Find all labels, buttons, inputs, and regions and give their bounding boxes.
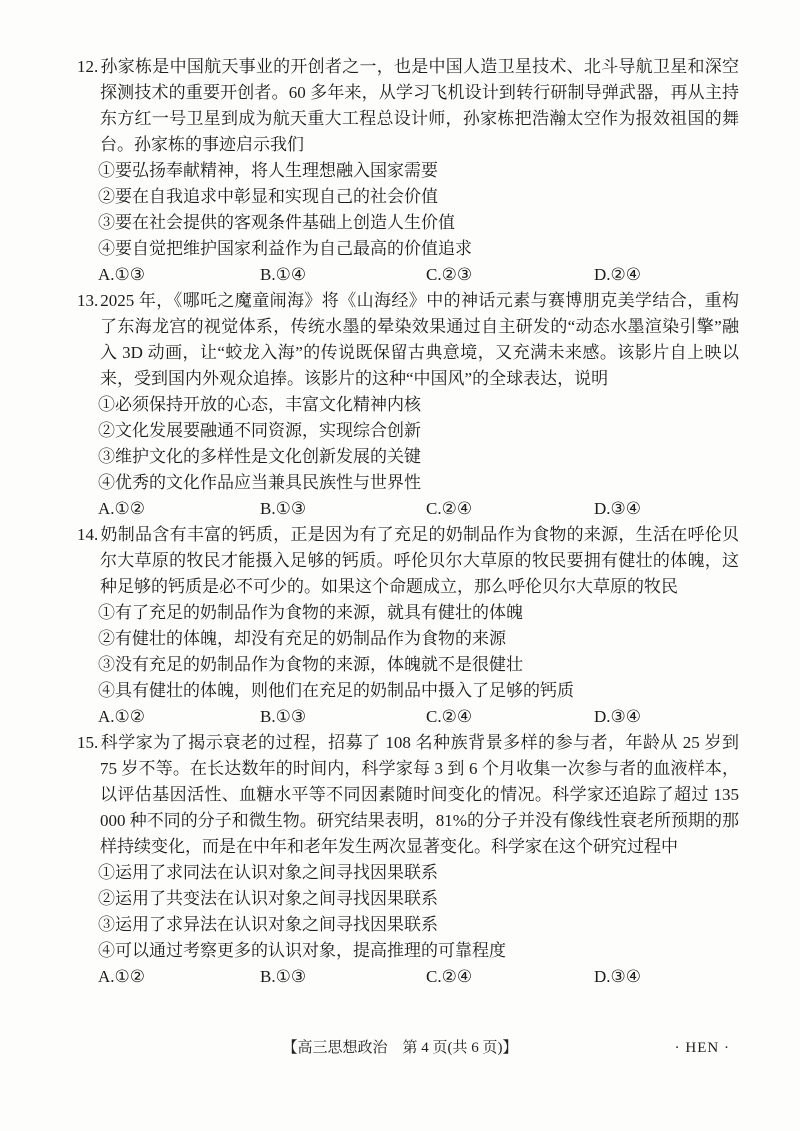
choice-c: C.②④ [426, 704, 594, 730]
statement-item-4: ④可以通过考察更多的认识对象，提高推理的可靠程度 [77, 938, 739, 964]
statement-item-1: ①要弘扬奉献精神，将人生理想融入国家需要 [77, 158, 739, 184]
statement-item-2: ②有健壮的体魄，却没有充足的奶制品作为食物的来源 [77, 626, 739, 652]
statement-item-1: ①运用了求同法在认识对象之间寻找因果联系 [77, 860, 739, 886]
choice-b: B.①③ [260, 964, 426, 990]
question-12: 12.孙家栋是中国航天事业的开创者之一，也是中国人造卫星技术、北斗导航卫星和深空… [77, 54, 739, 288]
statement-item-2: ②文化发展要融通不同资源，实现综合创新 [77, 418, 739, 444]
statement-item-4: ④具有健壮的体魄，则他们在充足的奶制品中摄入了足够的钙质 [77, 678, 739, 704]
statement-item-4: ④优秀的文化作品应当兼具民族性与世界性 [77, 470, 739, 496]
choice-a: A.①② [98, 496, 260, 522]
choice-c: C.②③ [426, 262, 594, 288]
choices-row: A.①③ B.①④ C.②③ D.②④ [77, 262, 739, 288]
question-15: 15.科学家为了揭示衰老的过程，招募了 108 名种族背景多样的参与者，年龄从 … [77, 730, 739, 990]
statement-item-2: ②运用了共变法在认识对象之间寻找因果联系 [77, 886, 739, 912]
statement-item-3: ③运用了求异法在认识对象之间寻找因果联系 [77, 912, 739, 938]
footer-region-code: · HEN · [675, 1036, 730, 1060]
choice-d: D.③④ [594, 496, 739, 522]
question-stem-text: 科学家为了揭示衰老的过程，招募了 108 名种族背景多样的参与者，年龄从 25 … [100, 733, 739, 856]
question-stem: 12.孙家栋是中国航天事业的开创者之一，也是中国人造卫星技术、北斗导航卫星和深空… [77, 54, 739, 158]
choices-row: A.①② B.①③ C.②④ D.③④ [77, 964, 739, 990]
choice-c: C.②④ [426, 496, 594, 522]
statement-item-3: ③没有充足的奶制品作为食物的来源，体魄就不是很健壮 [77, 652, 739, 678]
questions-area: 12.孙家栋是中国航天事业的开创者之一，也是中国人造卫星技术、北斗导航卫星和深空… [77, 54, 739, 990]
question-number: 14. [77, 525, 100, 544]
choice-a: A.①② [98, 964, 260, 990]
statement-item-1: ①有了充足的奶制品作为食物的来源，就具有健壮的体魄 [77, 600, 739, 626]
statement-item-2: ②要在自我追求中彰显和实现自己的社会价值 [77, 184, 739, 210]
exam-paper-page: 12.孙家栋是中国航天事业的开创者之一，也是中国人造卫星技术、北斗导航卫星和深空… [0, 0, 800, 1131]
choices-row: A.①② B.①③ C.②④ D.③④ [77, 496, 739, 522]
question-14: 14.奶制品含有丰富的钙质，正是因为有了充足的奶制品作为食物的来源，生活在呼伦贝… [77, 522, 739, 730]
statement-item-3: ③要在社会提供的客观条件基础上创造人生价值 [77, 210, 739, 236]
page-footer: 【高三思想政治 第 4 页(共 6 页)】 · HEN · [0, 1036, 800, 1060]
question-stem-text: 孙家栋是中国航天事业的开创者之一，也是中国人造卫星技术、北斗导航卫星和深空探测技… [100, 57, 739, 154]
question-stem: 15.科学家为了揭示衰老的过程，招募了 108 名种族背景多样的参与者，年龄从 … [77, 730, 739, 860]
statement-item-4: ④要自觉把维护国家利益作为自己最高的价值追求 [77, 236, 739, 262]
choice-b: B.①③ [260, 704, 426, 730]
choice-b: B.①④ [260, 262, 426, 288]
choices-row: A.①② B.①③ C.②④ D.③④ [77, 704, 739, 730]
question-number: 15. [77, 733, 100, 752]
statement-item-3: ③维护文化的多样性是文化创新发展的关键 [77, 444, 739, 470]
choice-d: D.③④ [594, 704, 739, 730]
question-stem: 13.2025 年，《哪吒之魔童闹海》将《山海经》中的神话元素与赛博朋克美学结合… [77, 288, 739, 392]
choice-b: B.①③ [260, 496, 426, 522]
choice-d: D.③④ [594, 964, 739, 990]
question-stem: 14.奶制品含有丰富的钙质，正是因为有了充足的奶制品作为食物的来源，生活在呼伦贝… [77, 522, 739, 600]
statement-item-1: ①必须保持开放的心态，丰富文化精神内核 [77, 392, 739, 418]
choice-a: A.①② [98, 704, 260, 730]
question-number: 12. [77, 57, 100, 76]
question-stem-text: 奶制品含有丰富的钙质，正是因为有了充足的奶制品作为食物的来源，生活在呼伦贝尔大草… [100, 525, 739, 596]
choice-c: C.②④ [426, 964, 594, 990]
choice-d: D.②④ [594, 262, 739, 288]
question-number: 13. [77, 291, 100, 310]
question-13: 13.2025 年，《哪吒之魔童闹海》将《山海经》中的神话元素与赛博朋克美学结合… [77, 288, 739, 522]
choice-a: A.①③ [98, 262, 260, 288]
question-stem-text: 2025 年，《哪吒之魔童闹海》将《山海经》中的神话元素与赛博朋克美学结合，重构… [100, 291, 739, 388]
